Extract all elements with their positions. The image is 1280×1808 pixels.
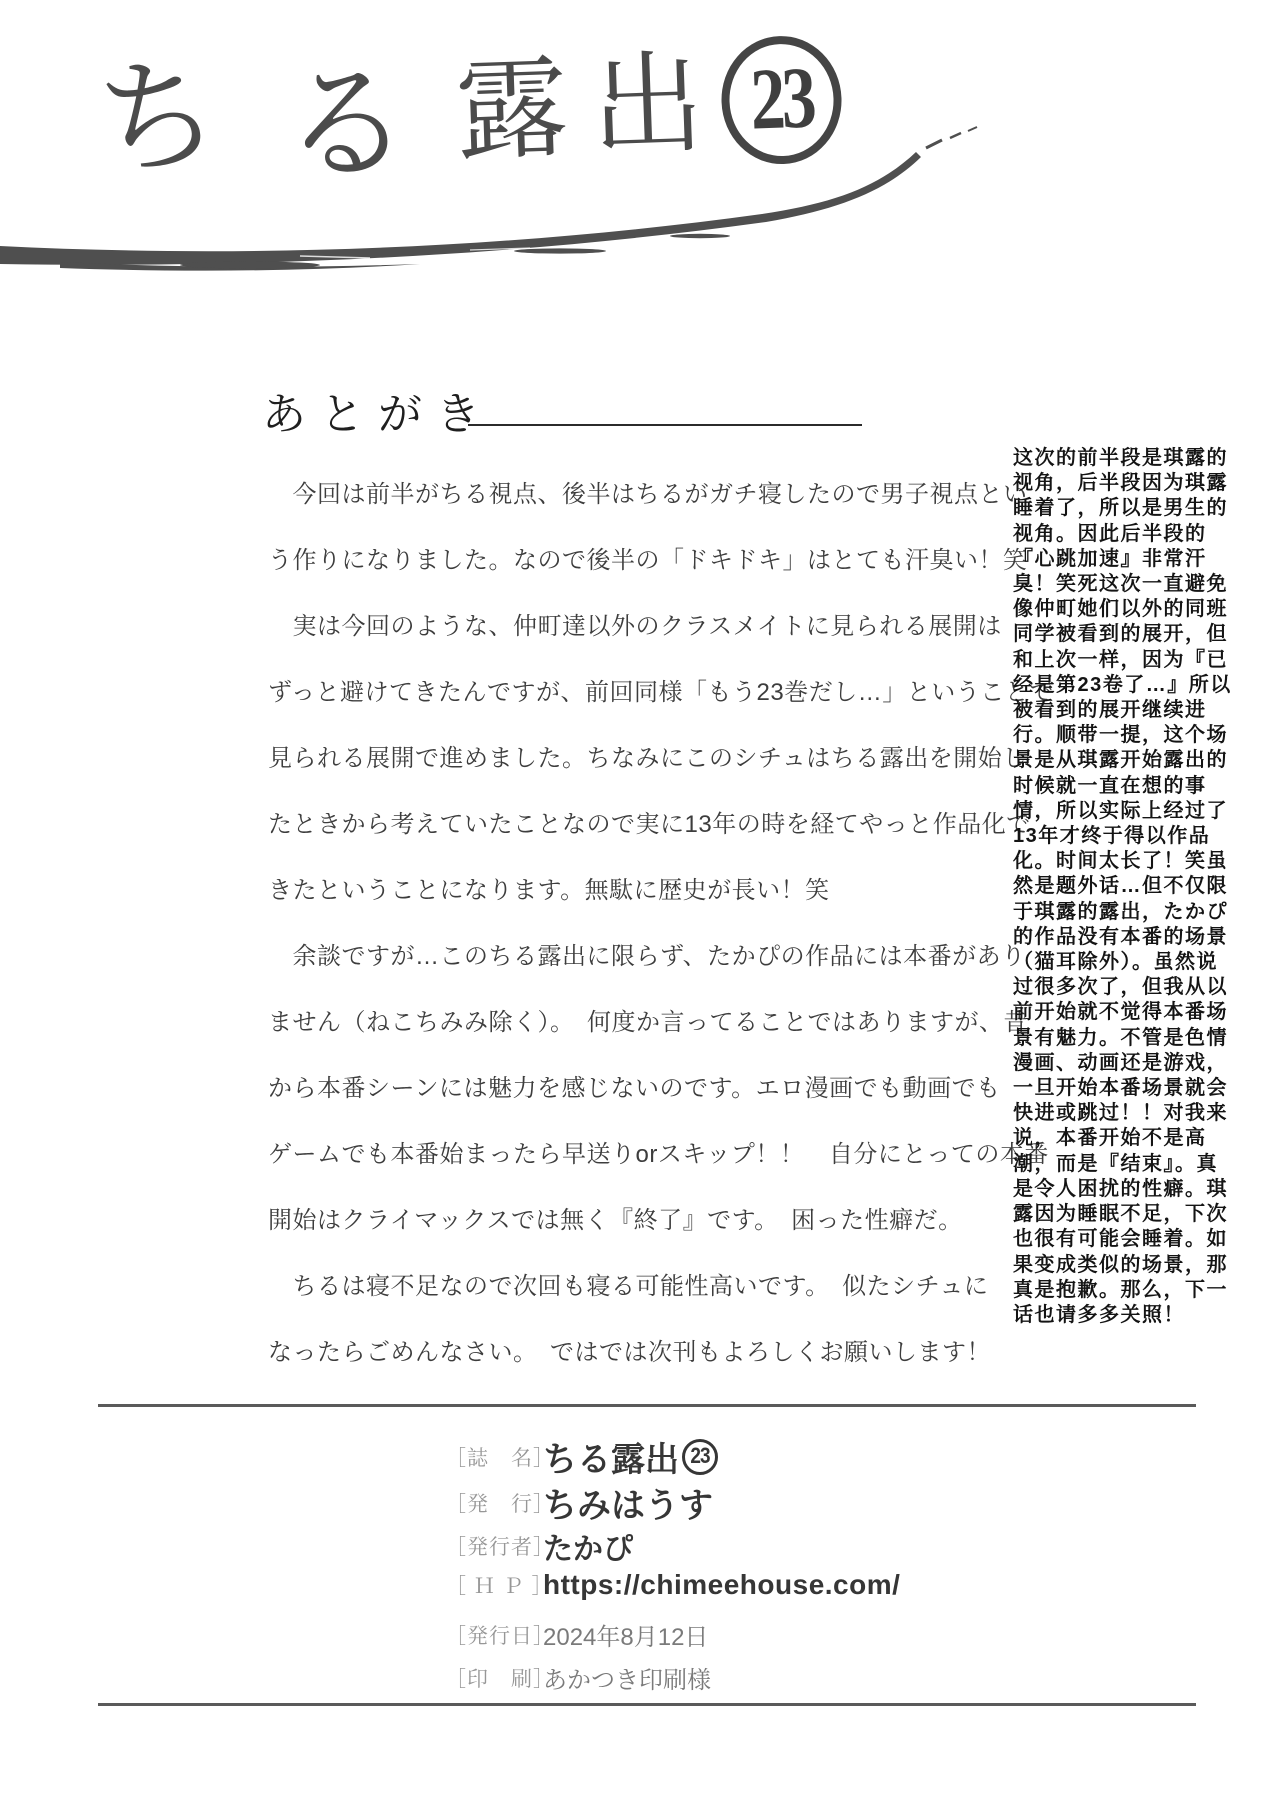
colophon-value-publisher: ちみはうす [543, 1478, 713, 1527]
colophon-label: ［発 行］ [445, 1488, 533, 1518]
colophon-value-homepage-url: https://chimeehouse.com/ [543, 1569, 900, 1601]
colophon-value-title: ちる露出 [543, 1432, 679, 1481]
brush-swoosh-decoration [0, 118, 1280, 288]
colophon-row-author: ［発行者］ たかぴ [445, 1524, 633, 1568]
colophon-row-homepage: ［ Ｈ Ｐ ］ https://chimeehouse.com/ [445, 1569, 900, 1601]
colophon-label: ［誌 名］ [445, 1442, 533, 1472]
heading-rule [468, 424, 862, 426]
afterword-sidebar-chinese-translation: 这次的前半段是琪露的 视角，后半段因为琪露 睡着了，所以是男生的 视角。因此后半… [1013, 446, 1263, 1328]
colophon-row-publisher: ［発 行］ ちみはうす [445, 1478, 713, 1527]
colophon-label: ［発行日］ [445, 1620, 533, 1650]
afterword-body-japanese: 今回は前半がちる視点、後半はちるがガチ寝したので男子視点とい う作りになりました… [268, 462, 1054, 1386]
afterword-heading: あとがき [262, 378, 494, 442]
colophon-label: ［発行者］ [445, 1531, 533, 1561]
colophon-value-author: たかぴ [543, 1524, 633, 1568]
colophon-value-printer: あかつき印刷様 [543, 1660, 711, 1695]
colophon-row-printer: ［印 刷］ あかつき印刷様 [445, 1660, 711, 1695]
colophon-top-rule [98, 1404, 1196, 1407]
colophon-value-publication-date: 2024年8月12日 [543, 1617, 708, 1652]
colophon-label: ［印 刷］ [445, 1663, 533, 1693]
volume-circle-badge-small: 23 [682, 1439, 718, 1475]
colophon-bottom-rule [98, 1703, 1196, 1706]
colophon-row-publication-date: ［発行日］ 2024年8月12日 [445, 1617, 708, 1652]
afterword-page: ち る 露 出 23 あとがき 今回は前半がちる視点、後半はちるがガチ寝したので… [0, 0, 1280, 1808]
volume-number-small: 23 [690, 1446, 709, 1468]
colophon-row-title: ［誌 名］ ちる露出 23 [445, 1432, 718, 1481]
colophon-label: ［ Ｈ Ｐ ］ [445, 1570, 533, 1600]
